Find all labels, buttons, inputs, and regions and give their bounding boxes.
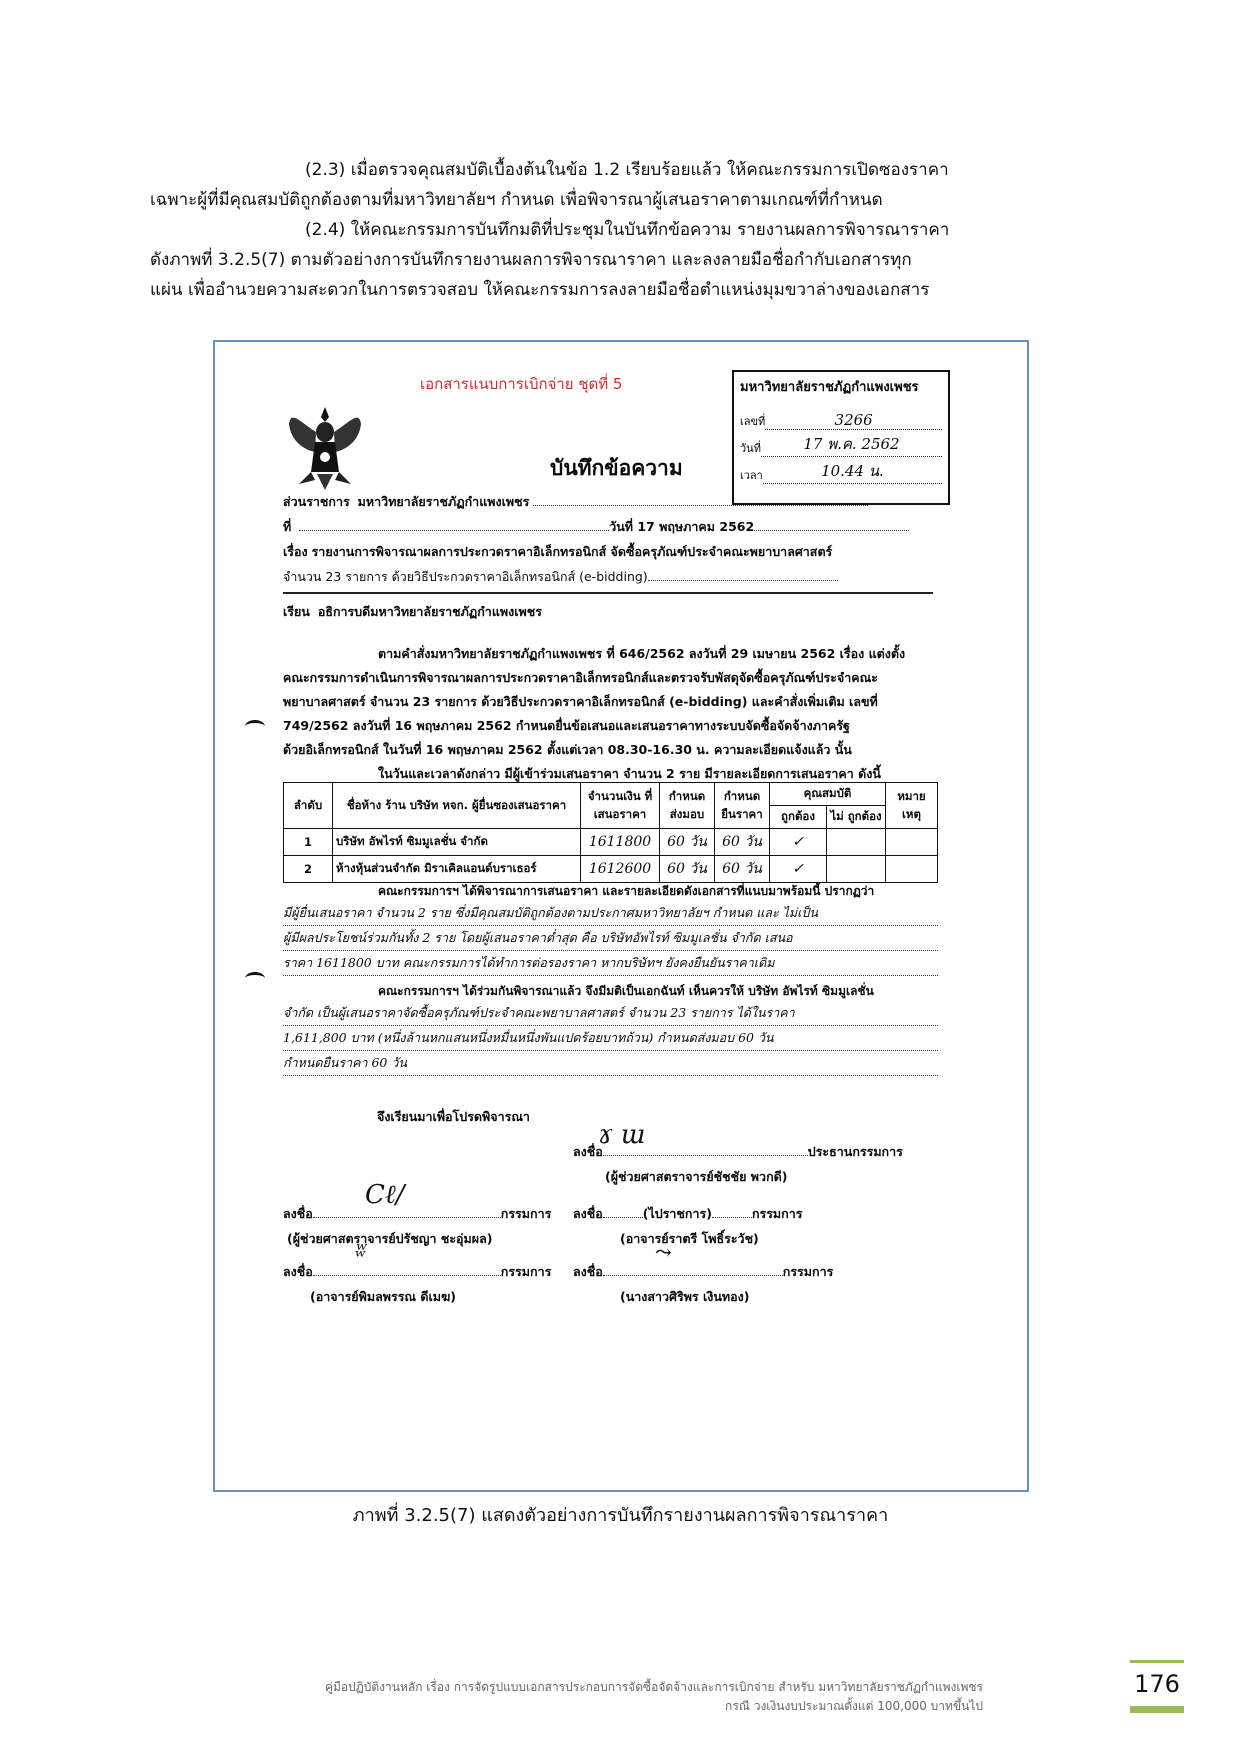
cell-delivery: 60 วัน	[660, 856, 715, 883]
para-2-4-line2: ดังภาพที่ 3.2.5(7) ตามตัวอย่างการบันทึกร…	[150, 245, 1085, 275]
to-line: เรียน อธิการบดีมหาวิทยาลัยราชภัฏกำแพงเพช…	[283, 602, 542, 622]
cell-no: 2	[284, 856, 333, 883]
cell-validity: 60 วัน	[715, 856, 770, 883]
attachment-title: เอกสารแนบการเบิกจ่าย ชุดที่ 5	[420, 372, 622, 396]
cell-incorrect	[827, 829, 886, 856]
scanned-memo: เอกสารแนบการเบิกจ่าย ชุดที่ 5 มหาวิทยาลั…	[215, 342, 1027, 1490]
member4-signature: ⤳	[655, 1240, 672, 1264]
to-value: อธิการบดีมหาวิทยาลัยราชภัฏกำแพงเพชร	[318, 604, 542, 619]
stamp-title: มหาวิทยาลัยราชภัฏกำแพงเพชร	[740, 376, 942, 397]
committee-review: คณะกรรมการฯ ได้พิจารณาการเสนอราคา และราย…	[283, 882, 938, 976]
page-number-block: 176	[1130, 1660, 1184, 1713]
subject-line: เรื่อง รายงานการพิจารณาผลการประกวดราคาอิ…	[283, 542, 832, 562]
accent-bar-top	[1130, 1660, 1184, 1663]
chair-sign-line: ลงชื่อประธานกรรมการ	[573, 1142, 903, 1162]
footer-line-2: กรณี วงเงินงบประมาณตั้งแต่ 100,000 บาทขึ…	[325, 1697, 983, 1716]
cell-amount: 1612600	[581, 856, 660, 883]
subject-value: รายงานการพิจารณาผลการประกวดราคาอิเล็กทรอ…	[312, 544, 833, 559]
bid-table: ลำดับ ชื่อห้าง ร้าน บริษัท หจก. ผู้ยื่นซ…	[283, 782, 938, 883]
member1-name: (ผู้ช่วยศาสตราจารย์ปรัชญา ชะอุ่มผล)	[287, 1229, 492, 1249]
accent-bar-bottom	[1130, 1706, 1184, 1713]
punch-hole-icon	[245, 972, 265, 985]
header-divider	[283, 592, 933, 594]
memo-heading: บันทึกข้อความ	[550, 452, 683, 485]
para-2-4-line1: (2.4) ให้คณะกรรมการบันทึกมติที่ประชุมในบ…	[150, 215, 1085, 245]
member2-sign-line: ลงชื่อ(ไปราชการ)กรรมการ	[573, 1204, 802, 1224]
cell-validity: 60 วัน	[715, 829, 770, 856]
member3-signature: ʬ	[355, 1237, 367, 1261]
para-2-4-line3: แผ่น เพื่ออำนวยความสะดวกในการตรวจสอบ ให้…	[150, 275, 1085, 305]
stamp-number-row: เลขที่ 3266	[740, 403, 942, 430]
cell-remark	[886, 856, 938, 883]
bidders-line: ในวันและเวลาดังกล่าว มีผู้เข้าร่วมเสนอรา…	[378, 766, 881, 781]
member2-name: (อาจารย์ราตรี โพธิ์ระวัช)	[620, 1229, 759, 1249]
department-line: ส่วนราชการ มหาวิทยาลัยราชภัฏกำแพงเพชร	[283, 492, 868, 512]
para-2-3-line1: (2.3) เมื่อตรวจคุณสมบัติเบื้องต้นในข้อ 1…	[150, 155, 1085, 185]
receipt-stamp: มหาวิทยาลัยราชภัฏกำแพงเพชร เลขที่ 3266 ว…	[732, 370, 950, 505]
cell-remark	[886, 829, 938, 856]
department-value: มหาวิทยาลัยราชภัฏกำแพงเพชร	[358, 494, 530, 509]
memo-date: วันที่ 17 พฤษภาคม 2562	[609, 519, 754, 534]
committee-resolution: คณะกรรมการฯ ได้ร่วมกันพิจารณาแล้ว จึงมีม…	[283, 982, 938, 1076]
closing-line: จึงเรียนมาเพื่อโปรดพิจารณา	[377, 1107, 530, 1127]
cell-amount: 1611800	[581, 829, 660, 856]
page-number: 176	[1130, 1669, 1184, 1699]
stamp-time: 10.44 น.	[763, 459, 942, 484]
memo-figure: เอกสารแนบการเบิกจ่าย ชุดที่ 5 มหาวิทยาลั…	[213, 340, 1029, 1492]
para-2-3-line2: เฉพาะผู้ที่มีคุณสมบัติถูกต้องตามที่มหาวิ…	[150, 185, 1085, 215]
stamp-date-row: วันที่ 17 พ.ค. 2562	[740, 430, 942, 457]
member3-name: (อาจารย์พิมลพรรณ ดีเมฆ)	[310, 1287, 456, 1307]
garuda-emblem-icon	[285, 402, 365, 492]
cell-correct: ✓	[770, 856, 827, 883]
ref-date-line: ที่ วันที่ 17 พฤษภาคม 2562	[283, 517, 909, 537]
cell-correct: ✓	[770, 829, 827, 856]
footer-line-1: คู่มือปฏิบัติงานหลัก เรื่อง การจัดรูปแบบ…	[325, 1678, 983, 1697]
memo-body: ตามคำสั่งมหาวิทยาลัยราชภัฏกำแพงเพชร ที่ …	[283, 642, 933, 786]
table-row: 2ห้างหุ้นส่วนจำกัด มิราเคิลแอนด์บราเธอร์…	[284, 856, 938, 883]
page-footer: คู่มือปฏิบัติงานหลัก เรื่อง การจัดรูปแบบ…	[325, 1678, 983, 1716]
cell-delivery: 60 วัน	[660, 829, 715, 856]
cell-incorrect	[827, 856, 886, 883]
cell-name: ห้างหุ้นส่วนจำกัด มิราเคิลแอนด์บราเธอร์	[333, 856, 581, 883]
member4-sign-line: ลงชื่อกรรมการ	[573, 1262, 833, 1282]
body-paragraphs: (2.3) เมื่อตรวจคุณสมบัติเบื้องต้นในข้อ 1…	[150, 155, 1085, 305]
stamp-time-row: เวลา 10.44 น.	[740, 457, 942, 484]
member3-sign-line: ลงชื่อกรรมการ	[283, 1262, 551, 1282]
subject-line-2: จำนวน 23 รายการ ด้วยวิธีประกวดราคาอิเล็ก…	[283, 567, 838, 587]
punch-hole-icon	[245, 720, 265, 733]
chair-name: (ผู้ช่วยศาสตราจารย์ชัชชัย พวกดี)	[605, 1167, 787, 1187]
table-row: 1บริษัท อัพไรท์ ซิมมูเลชั่น จำกัด1611800…	[284, 829, 938, 856]
stamp-number: 3266	[765, 411, 942, 430]
member1-sign-line: ลงชื่อกรรมการ	[283, 1204, 551, 1224]
member4-name: (นางสาวศิริพร เงินทอง)	[620, 1287, 750, 1307]
cell-name: บริษัท อัพไรท์ ซิมมูเลชั่น จำกัด	[333, 829, 581, 856]
cell-no: 1	[284, 829, 333, 856]
figure-caption: ภาพที่ 3.2.5(7) แสดงตัวอย่างการบันทึกราย…	[0, 1500, 1241, 1529]
stamp-date: 17 พ.ค. 2562	[761, 432, 942, 457]
